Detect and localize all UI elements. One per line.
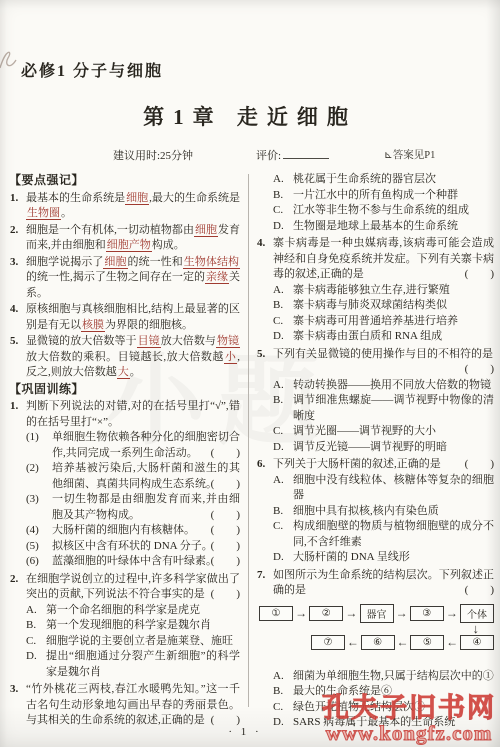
option-text: 一片江水中的所有鱼构成一个种群 — [293, 188, 494, 204]
answer-blank: 细胞 — [194, 224, 218, 237]
answer-bracket[interactable]: ( ) — [211, 508, 240, 524]
judgement-item-text: 一切生物都是由细胞发育而来,并由细胞及其产物构成。( ) — [52, 492, 240, 523]
pencil-scribble-mark — [0, 44, 19, 72]
option-text: 桃花属于生命系统的器官层次 — [293, 172, 494, 188]
options-list: A. 寨卡病毒能够独立生存,进行繁殖 B. 寨卡病毒与肺炎双球菌结构类似 C. … — [273, 283, 494, 345]
diagram-row-top: ① → ② → 器官 → ③ → 个体 — [259, 604, 494, 623]
option-label: D. — [273, 440, 293, 456]
text-segment: 的统一性和 — [128, 256, 183, 268]
question-stem: “竹外桃花三两枝,春江水暖鸭先知。”这一千古名句生动形象地勾画出早春的秀丽景色。… — [26, 682, 240, 729]
option[interactable]: B. 调节细准焦螺旋——调节视野中物像的清晰度 — [273, 393, 494, 424]
answer-bracket[interactable]: ( ) — [465, 583, 494, 599]
question-number: 5. — [257, 347, 273, 363]
option-text: 江水等非生物不参与生命系统的组成 — [293, 203, 494, 219]
option-label: C. — [273, 424, 293, 440]
question-number: 7. — [257, 568, 273, 584]
meta-row: 建议用时:25分钟 评价: ⊾答案见P1 — [0, 147, 500, 165]
key-point-text: 最基本的生命系统是细胞,最大的生命系统是生物圈。 — [26, 191, 240, 222]
judgement-item-text: 单细胞生物依赖各种分化的细胞密切合作,共同完成一系列生命活动。( ) — [52, 430, 240, 461]
right-column: A. 桃花属于生命系统的器官层次 B. 一片江水中的所有鱼构成一个种群 C. 江… — [257, 172, 494, 735]
option[interactable]: C. 细胞学说的主要创立者是施莱登、施旺 — [26, 634, 240, 650]
key-point-item: 5. 显微镜的放大倍数等于目镜放大倍数与物镜放大倍数的乘积。目镜越长,放大倍数越… — [10, 334, 240, 381]
arrow-left-icon: ← — [445, 635, 459, 650]
arrow-right-icon: → — [294, 606, 308, 621]
option-label: B. — [273, 298, 293, 314]
option-text: 细胞学说的主要创立者是施莱登、施旺 — [46, 634, 240, 650]
section-key-points-header: 【要点强记】 — [9, 173, 240, 189]
option-text: 寨卡病毒由蛋白质和 RNA 组成 — [293, 329, 494, 345]
answer-blank: 小 — [224, 351, 237, 364]
option[interactable]: A. 寨卡病毒能够独立生存,进行繁殖 — [273, 283, 494, 299]
option[interactable]: C. 江水等非生物不参与生命系统的组成 — [273, 203, 494, 219]
answer-bracket[interactable]: ( ) — [211, 477, 240, 493]
judgement-item-text: 拟核区中含有环状的 DNA 分子。( ) — [52, 539, 240, 555]
option-text: 生物圈是地球上最基本的生命系统 — [293, 219, 494, 235]
arrow-right-icon: → — [395, 606, 409, 621]
option-text: 细菌为单细胞生物,只属于结构层次中的① — [293, 669, 494, 685]
answer-bracket[interactable]: ( ) — [211, 587, 240, 603]
judgement-item-number: (2) — [26, 461, 52, 477]
question-stem: 下列关于大肠杆菌的叙述,正确的是( ) — [273, 457, 494, 473]
option-text: 调节光圈——调节视野的大小 — [293, 424, 494, 440]
answer-bracket-line: ( ) — [273, 362, 494, 378]
key-point-number: 1. — [10, 191, 26, 207]
text-segment: ,最大的生命系统是 — [149, 192, 240, 204]
question-2: 2. 在细胞学说创立的过程中,许多科学家做出了突出的贡献,下列说法不符合事实的是… — [10, 572, 240, 681]
option[interactable]: A. 第一个命名细胞的科学家是虎克 — [26, 603, 240, 619]
diagram-box-1: ① — [259, 606, 293, 621]
option-text: 寨卡病毒能够独立生存,进行繁殖 — [293, 283, 494, 299]
judgement-item-text: 蓝藻细胞的叶绿体中含有叶绿素。( ) — [52, 554, 240, 570]
option[interactable]: B. 细胞中具有拟核,核内有染色质 — [273, 504, 494, 520]
key-point-text: 细胞学说揭示了细胞的统一性和生物体结构的统一性,揭示了生物之间存在一定的亲缘关系… — [26, 255, 240, 302]
option-text: 大肠杆菌的 DNA 呈线形 — [293, 550, 494, 566]
key-point-text: 细胞是一个有机体,一切动植物都由细胞发育而来,并由细胞和细胞产物构成。 — [26, 223, 240, 254]
question-stem: 如图所示为生命系统的结构层次。下列叙述正确的是( ) — [273, 568, 494, 599]
answer-bracket[interactable]: ( ) — [465, 267, 494, 283]
arrow-right-icon: → — [445, 606, 459, 621]
book-page-photo: 必修1 分子与细胞 第1章 走近细胞 建议用时:25分钟 评价: ⊾答案见P1 … — [0, 0, 500, 747]
answer-blank: 生物体结构 — [183, 256, 240, 269]
judgement-item-number: (6) — [26, 554, 52, 570]
answer-bracket[interactable]: ( ) — [465, 457, 494, 473]
text-segment: 细胞是一个有机体,一切动植物都由 — [26, 224, 194, 236]
arrow-down-icon: ↓ — [473, 621, 480, 637]
option[interactable]: D. 生物圈是地球上最基本的生命系统 — [273, 219, 494, 235]
option[interactable]: A. 细菌为单细胞生物,只属于结构层次中的① — [273, 669, 494, 685]
question-3-stem: 3. “竹外桃花三两枝,春江水暖鸭先知。”这一千古名句生动形象地勾画出早春的秀丽… — [10, 682, 240, 729]
options-list: A. 第一个命名细胞的科学家是虎克 B. 第一个发现细胞的科学家是魏尔肖 C. … — [26, 603, 240, 681]
text-segment: 。 — [130, 366, 141, 378]
evaluation-label: 评价: — [256, 150, 281, 162]
diagram-row-bottom: ⑦ ← ⑥ ← ⑤ ← ④ — [311, 635, 494, 650]
seller-watermark-name: 孔夫子旧书网 — [322, 694, 496, 722]
text-segment: 构成。 — [152, 239, 185, 251]
question-stem: 在细胞学说创立的过程中,许多科学家做出了突出的贡献,下列说法不符合事实的是( ) — [26, 572, 240, 603]
option-label: D. — [26, 649, 46, 665]
text-segment: 最基本的生命系统是 — [26, 192, 125, 204]
option-label: A. — [273, 473, 293, 489]
answer-blank: 核膜 — [81, 319, 105, 332]
evaluation: 评价: — [256, 147, 329, 163]
left-column: 【要点强记】 1. 最基本的生命系统是细胞,最大的生命系统是生物圈。 2. 细胞… — [10, 172, 240, 735]
option[interactable]: D. 提出“细胞通过分裂产生新细胞”的科学家是魏尔肖 — [26, 649, 240, 680]
option-text: 提出“细胞通过分裂产生新细胞”的科学家是魏尔肖 — [46, 649, 240, 680]
options-list: A. 转动转换器——换用不同放大倍数的物镜 B. 调节细准焦螺旋——调节视野中物… — [273, 378, 494, 456]
options-list: A. 细胞中没有线粒体、核糖体等复杂的细胞器 B. 细胞中具有拟核,核内有染色质… — [273, 473, 494, 566]
answer-bracket[interactable]: ( ) — [211, 446, 240, 462]
answer-bracket[interactable]: ( ) — [211, 554, 240, 570]
question-1: 1. 判断下列说法的对错,对的在括号里打“√”,错的在括号里打“×”。 (1) … — [10, 399, 240, 570]
option[interactable]: D. 寨卡病毒由蛋白质和 RNA 组成 — [273, 329, 494, 345]
question-number: 4. — [257, 236, 273, 252]
question-5: 5. 下列有关显微镜的使用操作与目的不相符的是 ( ) A. 转动转换器——换用… — [257, 347, 494, 456]
answer-blank: 细胞产物 — [106, 239, 152, 252]
option[interactable]: B. 第一个发现细胞的科学家是魏尔肖 — [26, 618, 240, 634]
option-text: 细胞中具有拟核,核内有染色质 — [293, 504, 494, 520]
option-text: 调节细准焦螺旋——调节视野中物像的清晰度 — [293, 393, 494, 424]
text-segment: 显微镜的放大倍数等于 — [26, 335, 137, 347]
question-number: 6. — [257, 457, 273, 473]
judgement-item-number: (1) — [26, 430, 52, 446]
option[interactable]: C. 构成细胞壁的物质与植物细胞壁的成分不同,不含纤维素 — [273, 519, 494, 550]
option-label: C. — [273, 314, 293, 330]
section-training-header: 【巩固训练】 — [9, 382, 240, 398]
option-label: B. — [273, 504, 293, 520]
answer-blank: 细胞 — [125, 192, 149, 205]
judgement-list: (1) 单细胞生物依赖各种分化的细胞密切合作,共同完成一系列生命活动。( ) (… — [26, 430, 240, 570]
arrow-left-icon: ← — [395, 635, 409, 650]
key-point-number: 4. — [10, 302, 26, 318]
option-label: A. — [273, 669, 293, 685]
option-label: A. — [273, 283, 293, 299]
diagram-box-2: ② — [309, 606, 343, 621]
text-segment: 细胞学说揭示了 — [26, 256, 103, 268]
option[interactable]: C. 调节光圈——调节视野的大小 — [273, 424, 494, 440]
option-text: 调节反光镜——调节视野的明暗 — [293, 440, 494, 456]
question-number: 2. — [10, 572, 26, 588]
two-column-body: 【要点强记】 1. 最基本的生命系统是细胞,最大的生命系统是生物圈。 2. 细胞… — [10, 172, 494, 735]
chapter-title: 第1章 走近细胞 — [0, 101, 500, 131]
option-text: 细胞中没有线粒体、核糖体等复杂的细胞器 — [293, 473, 494, 504]
text-segment: 放大倍数与 — [161, 335, 216, 347]
column-divider — [248, 174, 249, 707]
option-label: B. — [273, 393, 293, 409]
judgement-item[interactable]: (6) 蓝藻细胞的叶绿体中含有叶绿素。( ) — [26, 554, 240, 570]
answer-blank: 大 — [117, 366, 130, 379]
key-point-text: 原核细胞与真核细胞相比,结构上最显著的区别是有无以核膜为界限的细胞核。 — [26, 302, 240, 333]
diagram-box-7: ⑦ — [311, 635, 345, 650]
judgement-item[interactable]: (5) 拟核区中含有环状的 DNA 分子。( ) — [26, 539, 240, 555]
arrow-right-icon: → — [344, 606, 358, 621]
key-point-item: 3. 细胞学说揭示了细胞的统一性和生物体结构的统一性,揭示了生物之间存在一定的亲… — [10, 255, 240, 302]
text-segment: 为界限的细胞核。 — [105, 319, 193, 331]
judgement-item-number: (4) — [26, 523, 52, 539]
page-number: · 1 · — [185, 726, 305, 738]
text-segment: 。 — [61, 207, 72, 219]
option-label: C. — [26, 634, 46, 650]
option-text: 第一个命名细胞的科学家是虎克 — [46, 603, 240, 619]
key-points-list: 1. 最基本的生命系统是细胞,最大的生命系统是生物圈。 2. 细胞是一个有机体,… — [10, 191, 240, 381]
judgement-item-number: (3) — [26, 492, 52, 508]
judgement-item-text: 培养基被污染后,大肠杆菌和滋生的其他细菌、真菌共同构成生态系统。( ) — [52, 461, 240, 492]
option-label: A. — [26, 603, 46, 619]
answer-blank: 生物圈 — [26, 207, 61, 220]
option-text: 转动转换器——换用不同放大倍数的物镜 — [293, 378, 494, 394]
answer-blank: 物镜 — [216, 335, 240, 348]
question-6: 6. 下列关于大肠杆菌的叙述,正确的是( ) A. 细胞中没有线粒体、核糖体等复… — [257, 457, 494, 566]
option[interactable]: A. 转动转换器——换用不同放大倍数的物镜 — [273, 378, 494, 394]
option-label: D. — [273, 219, 293, 235]
key-point-number: 3. — [10, 255, 26, 271]
answer-blank: 目镜 — [137, 335, 161, 348]
option[interactable]: A. 细胞中没有线粒体、核糖体等复杂的细胞器 — [273, 473, 494, 504]
question-stem: 下列有关显微镜的使用操作与目的不相符的是 — [273, 347, 494, 363]
question-number: 3. — [10, 682, 26, 698]
question-stem: 寨卡病毒是一种虫媒病毒,该病毒可能会造成神经和自身免疫系统并发症。下列有关寨卡病… — [273, 236, 494, 283]
suggested-time: 建议用时:25分钟 — [113, 147, 193, 163]
seller-watermark-url: www.kongfz.com — [322, 722, 496, 744]
diagram-box-5: ⑤ — [410, 635, 444, 650]
answer-bracket[interactable]: ( ) — [211, 523, 240, 539]
option-label: D. — [273, 550, 293, 566]
option-label: B. — [273, 188, 293, 204]
option-text: 寨卡病毒与肺炎双球菌结构类似 — [293, 298, 494, 314]
option-label: A. — [273, 378, 293, 394]
evaluation-blank-line[interactable] — [283, 147, 329, 159]
diagram-box-6: ⑥ — [361, 635, 395, 650]
option-text: 寨卡病毒可用普通培养基进行培养 — [293, 314, 494, 330]
option-text: 第一个发现细胞的科学家是魏尔肖 — [46, 618, 240, 634]
text-segment: 放大倍数的乘积。目镜越长,放大倍数越 — [26, 351, 224, 363]
option-text: 构成细胞壁的物质与植物细胞壁的成分不同,不含纤维素 — [293, 519, 494, 550]
option-label: D. — [273, 329, 293, 345]
answer-blank: 亲缘 — [205, 271, 229, 284]
option[interactable]: D. 大肠杆菌的 DNA 呈线形 — [273, 550, 494, 566]
key-point-number: 5. — [10, 334, 26, 350]
arrow-left-icon: ← — [346, 635, 360, 650]
book-title: 必修1 分子与细胞 — [21, 58, 163, 81]
option[interactable]: B. 一片江水中的所有鱼构成一个种群 — [273, 188, 494, 204]
option[interactable]: A. 桃花属于生命系统的器官层次 — [273, 172, 494, 188]
answer-bracket[interactable]: ( ) — [465, 363, 494, 375]
option-label: C. — [273, 700, 293, 716]
life-system-levels-diagram: ① → ② → 器官 → ③ → 个体 ↓ ⑦ ← ⑥ — [259, 604, 494, 666]
key-point-item: 4. 原核细胞与真核细胞相比,结构上最显著的区别是有无以核膜为界限的细胞核。 — [10, 302, 240, 333]
question-stem: 判断下列说法的对错,对的在括号里打“√”,错的在括号里打“×”。 — [26, 399, 240, 430]
judgement-item-text: 大肠杆菌的细胞内有核糖体。( ) — [52, 523, 240, 539]
key-point-item: 1. 最基本的生命系统是细胞,最大的生命系统是生物圈。 — [10, 191, 240, 222]
option[interactable]: D. 调节反光镜——调节视野的明暗 — [273, 440, 494, 456]
judgement-item[interactable]: (2) 培养基被污染后,大肠杆菌和滋生的其他细菌、真菌共同构成生态系统。( ) — [26, 461, 240, 492]
question-number: 1. — [10, 399, 26, 415]
judgement-item[interactable]: (3) 一切生物都是由细胞发育而来,并由细胞及其产物构成。( ) — [26, 492, 240, 523]
diagram-box-4: ④ — [460, 635, 494, 650]
key-point-number: 2. — [10, 223, 26, 239]
option-label: B. — [26, 618, 46, 634]
answer-reference: ⊾答案见P1 — [384, 147, 435, 162]
answer-bracket[interactable]: ( ) — [211, 539, 240, 555]
key-point-text: 显微镜的放大倍数等于目镜放大倍数与物镜放大倍数的乘积。目镜越长,放大倍数越小,反… — [26, 334, 240, 381]
diagram-box-organ: 器官 — [360, 604, 394, 623]
text-segment: 的统一性,揭示了生物之间存在一定的 — [26, 271, 205, 283]
option[interactable]: C. 寨卡病毒可用普通培养基进行培养 — [273, 314, 494, 330]
option-label: B. — [273, 684, 293, 700]
option-label: A. — [273, 172, 293, 188]
option[interactable]: B. 寨卡病毒与肺炎双球菌结构类似 — [273, 298, 494, 314]
question-4: 4. 寨卡病毒是一种虫媒病毒,该病毒可能会造成神经和自身免疫系统并发症。下列有关… — [257, 236, 494, 345]
judgement-item[interactable]: (1) 单细胞生物依赖各种分化的细胞密切合作,共同完成一系列生命活动。( ) — [26, 430, 240, 461]
diagram-box-3: ③ — [410, 606, 444, 621]
key-point-item: 2. 细胞是一个有机体,一切动植物都由细胞发育而来,并由细胞和细胞产物构成。 — [10, 223, 240, 254]
judgement-item[interactable]: (4) 大肠杆菌的细胞内有核糖体。( ) — [26, 523, 240, 539]
judgement-item-number: (5) — [26, 539, 52, 555]
options-list: A. 桃花属于生命系统的器官层次 B. 一片江水中的所有鱼构成一个种群 C. 江… — [273, 172, 494, 234]
question-3-options: A. 桃花属于生命系统的器官层次 B. 一片江水中的所有鱼构成一个种群 C. 江… — [257, 172, 494, 234]
option-label: C. — [273, 519, 293, 535]
answer-blank: 细胞 — [103, 256, 127, 269]
option-label: C. — [273, 203, 293, 219]
seller-watermark: 孔夫子旧书网 www.kongfz.com — [322, 694, 496, 744]
